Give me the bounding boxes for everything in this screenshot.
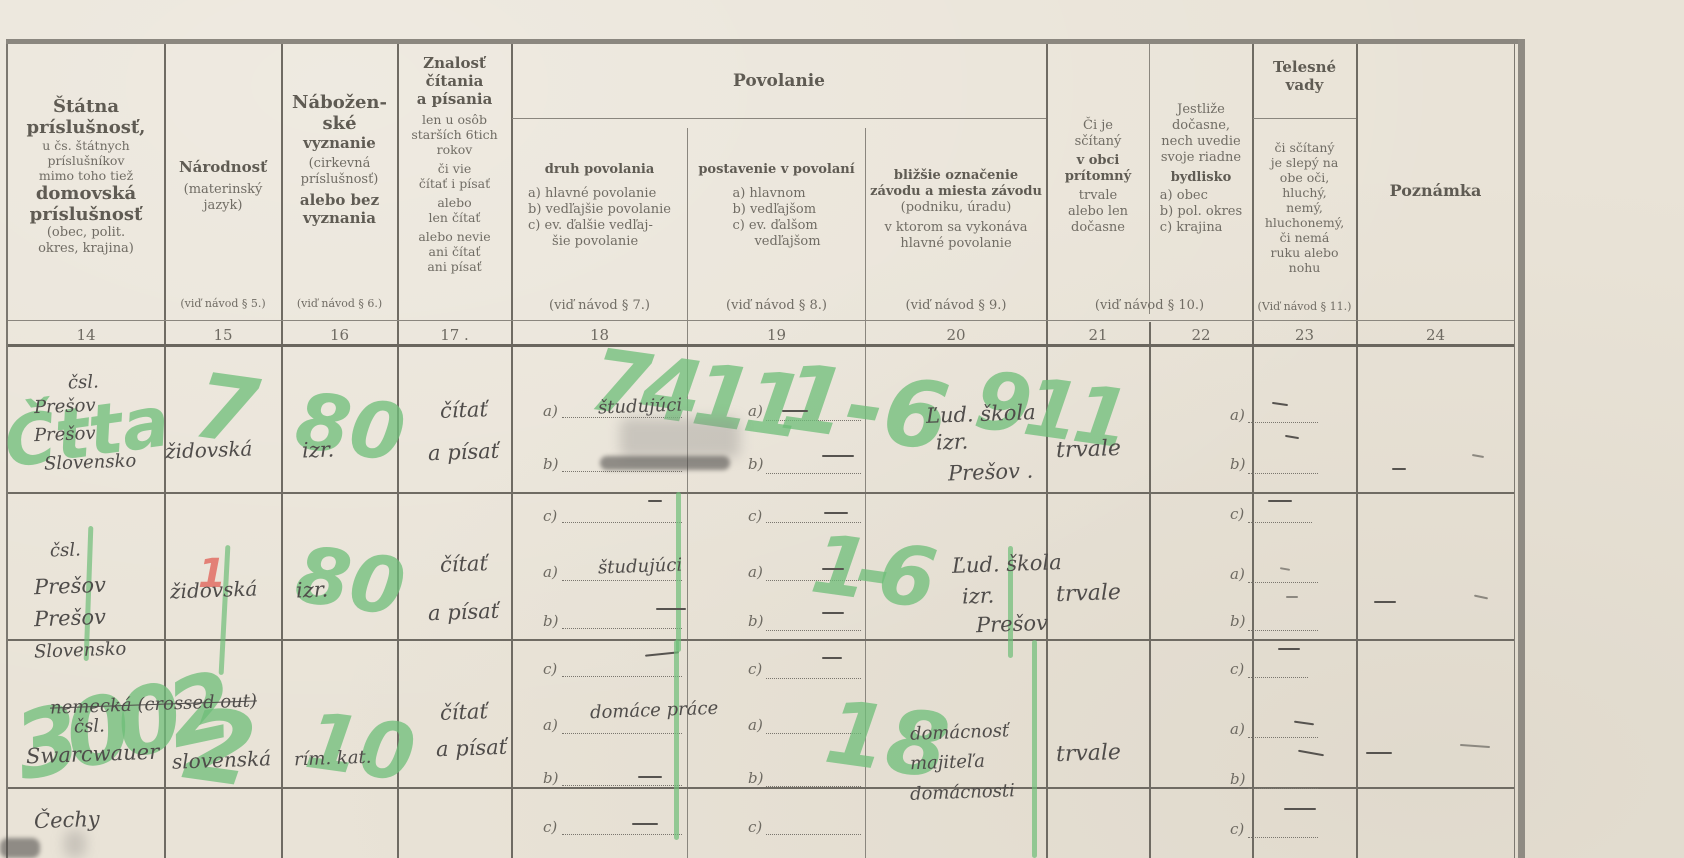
sub-label-c: c) xyxy=(748,507,762,525)
handwritten-workplace: Ľud. škola xyxy=(926,400,1036,428)
ink-smudge xyxy=(64,830,86,858)
header-title: príslušnosť xyxy=(8,204,164,225)
numbers-bottom-line xyxy=(8,344,1514,347)
header-blizsie-oznacenie: bližšie označenie závodu a miesta závodu… xyxy=(866,168,1046,252)
sub-label-b: b) xyxy=(748,769,763,787)
header-text: a) hlavnom xyxy=(732,186,820,202)
handwritten-literacy: a písať xyxy=(436,735,508,761)
handwritten-workplace: majiteľa xyxy=(910,751,986,776)
header-text: starších 6tich xyxy=(398,127,511,142)
sub-label-c: c) xyxy=(748,818,762,836)
header-text: c) ev. ďalšie vedľaj- xyxy=(528,218,671,234)
handwritten-dash xyxy=(822,455,854,457)
handwritten-dash xyxy=(1278,648,1300,650)
column-number: 20 xyxy=(866,326,1046,344)
sub-label-b: b) xyxy=(748,612,763,630)
handwritten-religion: izr. xyxy=(302,437,335,462)
header-text: príslušníkov xyxy=(8,153,164,168)
handwritten-district: Prešov xyxy=(34,423,96,447)
sub-label-b: b) xyxy=(1230,770,1245,788)
handwritten-workplace: Prešov xyxy=(976,611,1049,637)
header-text: alebo len xyxy=(1047,204,1149,220)
column-number: 24 xyxy=(1357,326,1514,344)
handwritten-workplace: Ľud. škola xyxy=(952,550,1062,578)
header-text: a) obec xyxy=(1160,188,1242,204)
header-text: nemý, xyxy=(1253,200,1356,215)
header-ci-je-scitany: Či je sčítaný v obci prítomný trvale ale… xyxy=(1047,118,1149,236)
header-text: trvale xyxy=(1047,188,1149,204)
header-telesne-vady-desc: či sčítaný je slepý na obe oči, hluchý, … xyxy=(1253,140,1356,275)
handwritten-literacy: čítať xyxy=(440,551,489,577)
column-number: 16 xyxy=(282,326,397,344)
header-narodnost: Národnosť (materinský jazyk) xyxy=(165,158,281,214)
handwritten-dash xyxy=(648,500,662,502)
header-text: či sčítaný xyxy=(1253,140,1356,155)
sub-label-c: c) xyxy=(1230,660,1244,678)
handwritten-literacy: a písať xyxy=(428,599,500,625)
column-number: 21 xyxy=(1047,326,1149,344)
dotted-line xyxy=(1248,837,1318,838)
handwritten-citizenship: čsl. xyxy=(74,715,106,738)
header-nabozenske-vyznanie: Nábožen- ské vyznanie (cirkevná príslušn… xyxy=(282,92,397,227)
header-title: bydlisko xyxy=(1150,170,1252,186)
handwritten-district: Prešov xyxy=(34,605,107,631)
sub-label-c: c) xyxy=(543,507,557,525)
header-text: (materinský xyxy=(165,182,281,198)
header-title: vyznania xyxy=(282,209,397,227)
handwritten-region: Slovensko xyxy=(44,450,137,475)
form-right-border xyxy=(1518,39,1525,858)
header-title: a písania xyxy=(398,90,511,108)
handwritten-dash xyxy=(1374,601,1396,603)
sub-label-b: b) xyxy=(543,612,558,630)
sub-label-a: a) xyxy=(543,563,558,581)
header-druh-povolania: druh povolania a) hlavné povolanie b) ve… xyxy=(512,162,687,250)
header-text: dočasne xyxy=(1047,220,1149,236)
handwritten-nationality: slovenská xyxy=(172,746,272,773)
header-text: šie povolanie xyxy=(528,234,671,250)
povolanie-divider xyxy=(512,118,1046,119)
handwritten-dash xyxy=(822,612,844,614)
header-poznamka: Poznámka xyxy=(1357,182,1514,200)
header-ref: (viď návod § 7.) xyxy=(512,298,687,313)
header-text: či nemá xyxy=(1253,230,1356,245)
dotted-line xyxy=(1248,630,1318,631)
header-telesne-vady: Telesné vady xyxy=(1253,58,1356,94)
header-text: Či je xyxy=(1047,118,1149,134)
header-text: (obec, polit. xyxy=(8,225,164,241)
dotted-line xyxy=(562,522,682,523)
dotted-line xyxy=(562,580,682,581)
header-title: ské xyxy=(282,113,397,134)
header-text: ani čítať xyxy=(398,244,511,259)
header-text: či vie xyxy=(398,161,511,176)
dotted-line xyxy=(562,676,682,677)
dotted-line xyxy=(1248,788,1318,789)
handwritten-nationality: židovská xyxy=(170,576,258,603)
header-text: a) hlavné povolanie xyxy=(528,186,671,202)
header-text: len čítať xyxy=(398,210,511,225)
handwritten-literacy: čítať xyxy=(440,699,489,725)
sub-label-c: c) xyxy=(748,660,762,678)
handwritten-occupation-main: študujúci xyxy=(598,555,683,580)
handwritten-workplace: Prešov . xyxy=(948,459,1034,486)
sub-label-c: c) xyxy=(543,660,557,678)
handwritten-citizenship: čsl. xyxy=(50,539,82,562)
dotted-line xyxy=(562,834,682,835)
dotted-line xyxy=(766,473,861,474)
header-ref: (viď návod § 9.) xyxy=(866,298,1046,313)
handwritten-residency: trvale xyxy=(1056,581,1122,607)
sub-label-a: a) xyxy=(748,563,763,581)
header-title: Národnosť xyxy=(165,158,281,176)
header-title: alebo bez xyxy=(282,191,397,209)
sub-label-a: a) xyxy=(1230,406,1245,424)
sub-label-b: b) xyxy=(748,455,763,473)
handwritten-dash xyxy=(1284,808,1316,810)
dotted-line xyxy=(562,628,682,629)
header-text: ani písať xyxy=(398,259,511,274)
green-code-mark: 7 xyxy=(191,374,262,446)
header-text: jazyk) xyxy=(165,198,281,214)
header-title: príslušnosť, xyxy=(8,117,164,138)
header-text: hluchý, xyxy=(1253,185,1356,200)
header-ref: (viď návod § 6.) xyxy=(282,297,397,310)
column-number: 23 xyxy=(1253,326,1356,344)
header-text: hlavné povolanie xyxy=(866,236,1046,252)
header-ref: (viď návod § 5.) xyxy=(165,297,281,310)
handwritten-religion: izr. xyxy=(296,577,329,602)
dotted-line xyxy=(766,834,861,835)
column-number: 22 xyxy=(1150,326,1252,344)
header-bottom-line xyxy=(8,320,1514,321)
header-text: b) vedľajšom xyxy=(732,202,820,218)
header-text: okres, krajina) xyxy=(8,241,164,257)
handwritten-region: Čechy xyxy=(34,807,100,833)
sub-label-a: a) xyxy=(748,716,763,734)
header-text: obe oči, xyxy=(1253,170,1356,185)
header-text: nohu xyxy=(1253,260,1356,275)
header-text: rokov xyxy=(398,142,511,157)
handwritten-dash xyxy=(1366,752,1392,754)
handwritten-literacy: čítať xyxy=(440,397,489,423)
green-code-mark xyxy=(674,640,679,840)
dotted-line xyxy=(766,786,861,787)
header-text: c) ev. ďalšom xyxy=(732,218,820,234)
header-title: prítomný xyxy=(1047,169,1149,185)
header-text: vedľajšom xyxy=(732,234,820,250)
dotted-line xyxy=(1248,473,1318,474)
handwritten-dash xyxy=(1268,500,1292,502)
handwritten-residency: trvale xyxy=(1056,437,1122,463)
header-ref: (Viď návod § 11.) xyxy=(1253,300,1356,313)
header-title: v obci xyxy=(1047,153,1149,169)
header-ref: (viď návod § 8.) xyxy=(688,298,865,313)
handwritten-dash xyxy=(822,657,842,659)
header-title: Znalosť xyxy=(398,54,511,72)
header-text: príslušnosť) xyxy=(282,172,397,188)
header-text: nech uvedie xyxy=(1150,134,1252,150)
dotted-line xyxy=(1248,582,1318,583)
handwritten-workplace: izr. xyxy=(936,429,969,454)
header-title: druh povolania xyxy=(512,162,687,178)
row-divider xyxy=(8,639,1514,641)
header-postavenie-v-povolani: postavenie v povolaní a) hlavnom b) vedľ… xyxy=(688,162,865,250)
handwritten-workplace: domácnosť xyxy=(910,720,1010,745)
header-title: postavenie v povolaní xyxy=(688,162,865,178)
header-title: Nábožen- xyxy=(282,92,397,113)
sub-label-b: b) xyxy=(1230,612,1245,630)
sub-label-a: a) xyxy=(1230,720,1245,738)
dotted-line xyxy=(562,733,682,734)
header-text: dočasne, xyxy=(1150,118,1252,134)
dotted-line xyxy=(1248,677,1308,678)
header-title: vyznanie xyxy=(282,134,397,152)
handwritten-religion: rím. kat. xyxy=(294,747,372,772)
sub-label-c: c) xyxy=(1230,505,1244,523)
header-text: ruku alebo xyxy=(1253,245,1356,260)
sub-label-a: a) xyxy=(543,402,558,420)
handwritten-citizenship: čsl. xyxy=(68,371,100,394)
header-text: c) krajina xyxy=(1160,220,1242,236)
header-text: mimo toho tiež xyxy=(8,168,164,183)
header-title: závodu a miesta závodu xyxy=(866,184,1046,200)
header-title: domovská xyxy=(8,183,164,204)
header-text: je slepý na xyxy=(1253,155,1356,170)
column-number: 14 xyxy=(8,326,164,344)
column-number: 19 xyxy=(688,326,865,344)
crossed-out-occupation xyxy=(600,456,730,470)
handwritten-dash xyxy=(1392,468,1406,470)
handwritten-dash xyxy=(1286,596,1298,598)
header-text: (podniku, úradu) xyxy=(866,200,1046,216)
header-text: Jestliže xyxy=(1150,102,1252,118)
header-title: bližšie označenie xyxy=(866,168,1046,184)
header-text: b) pol. okres xyxy=(1160,204,1242,220)
sub-label-b: b) xyxy=(543,769,558,787)
col-divider xyxy=(1356,44,1358,858)
handwritten-occupation-main: študujúci xyxy=(598,395,683,420)
header-text: sčítaný xyxy=(1047,134,1149,150)
header-text: (cirkevná xyxy=(282,156,397,172)
dotted-line xyxy=(562,471,682,472)
header-statna-prislusnost: Štátna príslušnosť, u čs. štátnych prísl… xyxy=(8,96,164,257)
header-title: Telesné xyxy=(1253,58,1356,76)
handwritten-region: Slovensko xyxy=(34,638,127,663)
handwritten-occupation-main: domáce práce xyxy=(590,698,719,724)
ink-smudge xyxy=(620,418,740,458)
handwritten-town: Prešov xyxy=(34,573,107,599)
header-text: alebo xyxy=(398,195,511,210)
handwritten-dash xyxy=(638,776,662,778)
sub-label-a: a) xyxy=(1230,565,1245,583)
header-title: čítania xyxy=(398,72,511,90)
handwritten-workplace: domácnosti xyxy=(910,780,1016,806)
header-bydlisko: Jestliže dočasne, nech uvedie svoje riad… xyxy=(1150,102,1252,236)
header-text: len u osôb xyxy=(398,112,511,127)
handwritten-residency: trvale xyxy=(1056,741,1122,767)
sub-label-a: a) xyxy=(543,716,558,734)
dotted-line xyxy=(766,630,861,631)
form-top-border xyxy=(6,39,1522,44)
sub-label-b: b) xyxy=(543,455,558,473)
header-text: hluchonemý, xyxy=(1253,215,1356,230)
green-code-mark: 1-6 xyxy=(808,533,928,612)
sub-label-c: c) xyxy=(1230,820,1244,838)
telesne-divider xyxy=(1253,118,1356,119)
green-code-mark xyxy=(1032,640,1037,858)
header-text: čítať i písať xyxy=(398,176,511,191)
header-title: vady xyxy=(1253,76,1356,94)
column-number: 17 . xyxy=(398,326,511,344)
handwritten-dash xyxy=(656,608,686,610)
dotted-line xyxy=(1248,522,1312,523)
sub-label-b: b) xyxy=(1230,455,1245,473)
form-right-inner-border xyxy=(1514,44,1515,858)
dotted-line xyxy=(562,785,682,786)
handwritten-dash xyxy=(782,410,808,412)
handwritten-literacy: a písať xyxy=(428,439,500,465)
header-text: u čs. štátnych xyxy=(8,138,164,153)
header-text: svoje riadne xyxy=(1150,150,1252,166)
row-divider xyxy=(8,492,1514,494)
handwritten-dash xyxy=(824,512,848,514)
handwritten-town: Prešov xyxy=(34,395,96,419)
col-divider xyxy=(1149,322,1151,858)
header-znalost-citania: Znalosť čítania a písania len u osôb sta… xyxy=(398,54,511,274)
sub-label-c: c) xyxy=(543,818,557,836)
header-title: Štátna xyxy=(8,96,164,117)
handwritten-dash xyxy=(822,568,844,570)
ink-smudge xyxy=(0,838,40,858)
header-text: v ktorom sa vykonáva xyxy=(866,220,1046,236)
column-number: 15 xyxy=(165,326,281,344)
handwritten-dash xyxy=(632,823,658,825)
handwritten-nationality: židovská xyxy=(165,436,253,463)
dotted-line xyxy=(1248,737,1318,738)
header-text: alebo nevie xyxy=(398,229,511,244)
header-text: b) vedľajšie povolanie xyxy=(528,202,671,218)
dotted-line xyxy=(1248,422,1318,423)
header-ref: (viď návod § 10.) xyxy=(1047,298,1252,313)
dotted-line xyxy=(766,678,861,679)
handwritten-birthplace: Swarcwauer xyxy=(26,740,160,769)
header-povolanie: Povolanie xyxy=(512,72,1046,90)
handwritten-workplace: izr. xyxy=(962,583,995,608)
